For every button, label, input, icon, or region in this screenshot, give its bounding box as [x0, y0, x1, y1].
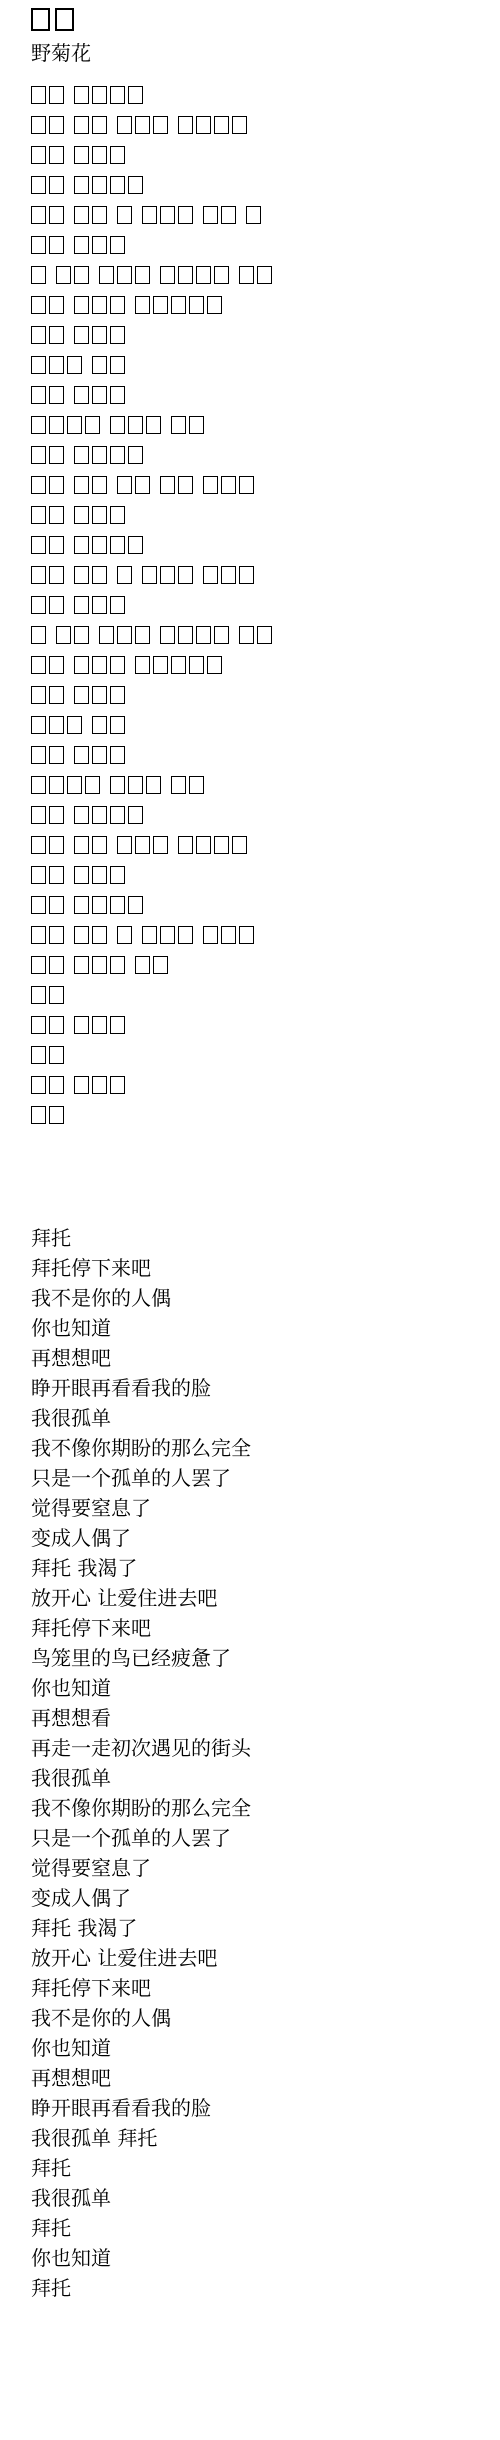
tofu-box [49, 86, 64, 104]
tofu-box [92, 566, 107, 584]
tofu-box [239, 266, 254, 284]
tofu-box [221, 566, 236, 584]
tofu-box [49, 1016, 64, 1034]
chinese-lyric-line: 放开心 让爱住进去吧 [31, 1943, 500, 1973]
tofu-box [31, 176, 46, 194]
tofu-box [110, 446, 125, 464]
tofu-box [128, 536, 143, 554]
tofu-box [49, 326, 64, 344]
tofu-box [31, 806, 46, 824]
tofu-box [49, 446, 64, 464]
tofu-box [128, 86, 143, 104]
tofu-box [203, 566, 218, 584]
tofu-box [49, 956, 64, 974]
tofu-box [117, 626, 132, 644]
korean-lyric-line [31, 560, 500, 590]
tofu-box [110, 386, 125, 404]
tofu-box [49, 776, 64, 794]
tofu-box [49, 866, 64, 884]
tofu-box [31, 206, 46, 224]
tofu-box [160, 206, 175, 224]
tofu-box [74, 236, 89, 254]
chinese-lyric-line: 拜托 我渴了 [31, 1913, 500, 1943]
tofu-box [110, 896, 125, 914]
tofu-box [196, 626, 211, 644]
chinese-lyric-line: 只是一个孤单的人罢了 [31, 1823, 500, 1853]
tofu-box [135, 266, 150, 284]
tofu-box [31, 836, 46, 854]
tofu-box [74, 896, 89, 914]
tofu-box [74, 386, 89, 404]
tofu-box [110, 686, 125, 704]
tofu-box [117, 116, 132, 134]
tofu-box [153, 656, 168, 674]
tofu-box [31, 446, 46, 464]
korean-lyric-line [31, 500, 500, 530]
tofu-box [74, 926, 89, 944]
tofu-box [55, 8, 74, 31]
tofu-box [160, 926, 175, 944]
chinese-lyric-line: 拜托停下来吧 [31, 1253, 500, 1283]
korean-lyric-line [31, 980, 500, 1010]
tofu-box [67, 356, 82, 374]
tofu-box [178, 266, 193, 284]
chinese-lyric-line: 我很孤单 [31, 1763, 500, 1793]
tofu-box [153, 296, 168, 314]
tofu-box [31, 1016, 46, 1034]
tofu-box [110, 776, 125, 794]
tofu-box [110, 416, 125, 434]
tofu-box [74, 326, 89, 344]
chinese-lyric-line: 鸟笼里的鸟已经疲惫了 [31, 1643, 500, 1673]
tofu-box [74, 956, 89, 974]
chinese-lyric-line: 你也知道 [31, 2243, 500, 2273]
tofu-box [31, 866, 46, 884]
chinese-lyric-line: 觉得要窒息了 [31, 1853, 500, 1883]
tofu-box [67, 416, 82, 434]
tofu-box [142, 206, 157, 224]
tofu-box [74, 116, 89, 134]
chinese-lyric-line: 你也知道 [31, 1673, 500, 1703]
korean-lyric-line [31, 950, 500, 980]
tofu-box [56, 626, 71, 644]
tofu-box [92, 176, 107, 194]
tofu-box [178, 836, 193, 854]
tofu-box [74, 296, 89, 314]
tofu-box [117, 926, 132, 944]
tofu-box [153, 836, 168, 854]
tofu-box [146, 416, 161, 434]
korean-lyric-line [31, 590, 500, 620]
tofu-box [92, 746, 107, 764]
tofu-box [99, 626, 114, 644]
tofu-box [117, 566, 132, 584]
tofu-box [92, 146, 107, 164]
tofu-box [49, 536, 64, 554]
tofu-box [160, 476, 175, 494]
tofu-box [135, 626, 150, 644]
tofu-box [92, 686, 107, 704]
tofu-box [92, 446, 107, 464]
chinese-lyric-line: 睁开眼再看看我的脸 [31, 1373, 500, 1403]
tofu-box [117, 266, 132, 284]
chinese-lyric-line: 拜托停下来吧 [31, 1613, 500, 1643]
tofu-box [74, 806, 89, 824]
artist-name: 野菊花 [31, 43, 500, 64]
tofu-box [31, 986, 46, 1004]
tofu-box [74, 656, 89, 674]
tofu-box [31, 956, 46, 974]
tofu-box [49, 296, 64, 314]
tofu-box [31, 596, 46, 614]
korean-lyric-line [31, 470, 500, 500]
tofu-box [110, 1076, 125, 1094]
tofu-box [31, 926, 46, 944]
tofu-box [74, 506, 89, 524]
korean-lyric-line [31, 620, 500, 650]
tofu-box [31, 566, 46, 584]
tofu-box [74, 686, 89, 704]
lyrics-page: 野菊花 拜托拜托停下来吧我不是你的人偶你也知道再想想吧睁开眼再看看我的脸我很孤单… [0, 0, 500, 2303]
tofu-box [49, 386, 64, 404]
tofu-box [110, 146, 125, 164]
tofu-box [31, 266, 46, 284]
tofu-box [110, 506, 125, 524]
tofu-box [196, 116, 211, 134]
tofu-box [110, 656, 125, 674]
tofu-box [153, 116, 168, 134]
tofu-box [92, 596, 107, 614]
chinese-lyric-line: 再想想看 [31, 1703, 500, 1733]
tofu-box [99, 266, 114, 284]
korean-lyric-line [31, 1040, 500, 1070]
tofu-box [74, 206, 89, 224]
tofu-box [49, 206, 64, 224]
tofu-box [135, 296, 150, 314]
tofu-box [31, 326, 46, 344]
tofu-box [31, 116, 46, 134]
tofu-box [214, 626, 229, 644]
tofu-box [74, 566, 89, 584]
tofu-box [31, 386, 46, 404]
korean-lyric-line [31, 890, 500, 920]
chinese-lyric-line: 放开心 让爱住进去吧 [31, 1583, 500, 1613]
tofu-box [49, 656, 64, 674]
tofu-box [31, 1046, 46, 1064]
tofu-box [92, 1016, 107, 1034]
tofu-box [117, 836, 132, 854]
tofu-box [128, 416, 143, 434]
tofu-box [232, 836, 247, 854]
chinese-lyric-line: 你也知道 [31, 1313, 500, 1343]
chinese-lyric-line: 我很孤单 [31, 1403, 500, 1433]
tofu-box [31, 296, 46, 314]
chinese-lyric-line: 拜托 [31, 1223, 500, 1253]
tofu-box [214, 836, 229, 854]
tofu-box [49, 716, 64, 734]
korean-lyric-line [31, 1070, 500, 1100]
tofu-box [74, 146, 89, 164]
tofu-box [49, 566, 64, 584]
korean-lyric-line [31, 290, 500, 320]
tofu-box [49, 686, 64, 704]
tofu-box [110, 86, 125, 104]
tofu-box [49, 116, 64, 134]
tofu-box [110, 716, 125, 734]
korean-lyric-line [31, 1100, 500, 1130]
tofu-box [31, 8, 50, 31]
korean-lyric-line [31, 200, 500, 230]
tofu-box [31, 416, 46, 434]
tofu-box [178, 626, 193, 644]
tofu-box [74, 476, 89, 494]
chinese-lyric-line: 拜托 我渴了 [31, 1553, 500, 1583]
chinese-lyric-line: 只是一个孤单的人罢了 [31, 1463, 500, 1493]
tofu-box [135, 476, 150, 494]
tofu-box [135, 956, 150, 974]
chinese-lyric-line: 你也知道 [31, 2033, 500, 2063]
tofu-box [56, 266, 71, 284]
tofu-box [74, 266, 89, 284]
chinese-lyric-line: 拜托 [31, 2153, 500, 2183]
tofu-box [239, 476, 254, 494]
tofu-box [49, 236, 64, 254]
tofu-box [31, 146, 46, 164]
tofu-box [207, 656, 222, 674]
tofu-box [49, 476, 64, 494]
tofu-box [110, 746, 125, 764]
tofu-box [31, 776, 46, 794]
korean-lyric-line [31, 380, 500, 410]
chinese-lyric-line: 拜托停下来吧 [31, 1973, 500, 2003]
tofu-box [135, 836, 150, 854]
tofu-box [110, 356, 125, 374]
tofu-box [189, 296, 204, 314]
tofu-box [49, 896, 64, 914]
chinese-lyric-line: 我很孤单 [31, 2183, 500, 2213]
tofu-box [92, 86, 107, 104]
tofu-box [92, 296, 107, 314]
korean-lyric-line [31, 170, 500, 200]
tofu-box [31, 626, 46, 644]
tofu-box [92, 956, 107, 974]
tofu-box [160, 266, 175, 284]
korean-lyric-line [31, 800, 500, 830]
tofu-box [49, 1076, 64, 1094]
tofu-box [171, 416, 186, 434]
tofu-box [92, 716, 107, 734]
tofu-box [178, 476, 193, 494]
chinese-lyric-line: 觉得要窒息了 [31, 1493, 500, 1523]
tofu-box [142, 566, 157, 584]
tofu-box [49, 416, 64, 434]
korean-lyric-line [31, 830, 500, 860]
tofu-box [146, 776, 161, 794]
tofu-box [49, 356, 64, 374]
chinese-lyric-line: 我不是你的人偶 [31, 2003, 500, 2033]
tofu-box [110, 806, 125, 824]
tofu-box [110, 536, 125, 554]
tofu-box [74, 1076, 89, 1094]
tofu-box [67, 776, 82, 794]
korean-lyric-line [31, 350, 500, 380]
tofu-box [31, 86, 46, 104]
tofu-box [49, 1046, 64, 1064]
tofu-box [74, 536, 89, 554]
chinese-lyric-line: 变成人偶了 [31, 1523, 500, 1553]
tofu-box [31, 896, 46, 914]
tofu-box [189, 776, 204, 794]
chinese-lyric-line: 我不是你的人偶 [31, 1283, 500, 1313]
tofu-box [31, 356, 46, 374]
korean-lyrics-section [31, 80, 500, 1130]
tofu-box [74, 86, 89, 104]
tofu-box [189, 656, 204, 674]
tofu-box [178, 116, 193, 134]
tofu-box [128, 176, 143, 194]
chinese-lyric-line: 我不像你期盼的那么完全 [31, 1793, 500, 1823]
tofu-box [74, 176, 89, 194]
chinese-lyric-line: 我不像你期盼的那么完全 [31, 1433, 500, 1463]
tofu-box [196, 266, 211, 284]
korean-lyric-line [31, 770, 500, 800]
tofu-box [110, 956, 125, 974]
tofu-box [49, 176, 64, 194]
tofu-box [214, 266, 229, 284]
tofu-box [135, 116, 150, 134]
tofu-box [178, 926, 193, 944]
tofu-box [160, 626, 175, 644]
tofu-box [221, 926, 236, 944]
tofu-box [74, 596, 89, 614]
tofu-box [74, 1016, 89, 1034]
tofu-box [117, 476, 132, 494]
tofu-box [196, 836, 211, 854]
chinese-lyric-line: 再想想吧 [31, 2063, 500, 2093]
tofu-box [203, 206, 218, 224]
tofu-box [128, 776, 143, 794]
tofu-box [110, 866, 125, 884]
tofu-box [189, 416, 204, 434]
korean-lyric-line [31, 920, 500, 950]
korean-lyric-line [31, 530, 500, 560]
tofu-box [214, 116, 229, 134]
tofu-box [203, 926, 218, 944]
tofu-box [31, 1076, 46, 1094]
tofu-box [171, 656, 186, 674]
tofu-box [49, 596, 64, 614]
tofu-box [85, 776, 100, 794]
tofu-box [142, 926, 157, 944]
tofu-box [92, 926, 107, 944]
tofu-box [85, 416, 100, 434]
korean-lyric-line [31, 740, 500, 770]
tofu-box [239, 566, 254, 584]
tofu-box [67, 716, 82, 734]
tofu-box [49, 836, 64, 854]
tofu-box [92, 656, 107, 674]
tofu-box [153, 956, 168, 974]
tofu-box [49, 746, 64, 764]
chinese-lyric-line: 再走一走初次遇见的街头 [31, 1733, 500, 1763]
chinese-lyrics-section: 拜托拜托停下来吧我不是你的人偶你也知道再想想吧睁开眼再看看我的脸我很孤单我不像你… [31, 1223, 500, 2303]
tofu-box [135, 656, 150, 674]
tofu-box [74, 446, 89, 464]
tofu-box [92, 836, 107, 854]
tofu-box [31, 686, 46, 704]
tofu-box [92, 236, 107, 254]
tofu-box [178, 566, 193, 584]
tofu-box [49, 986, 64, 1004]
tofu-box [257, 626, 272, 644]
tofu-box [110, 1016, 125, 1034]
tofu-box [207, 296, 222, 314]
korean-lyric-line [31, 410, 500, 440]
tofu-box [49, 806, 64, 824]
song-title [31, 8, 500, 32]
tofu-box [128, 896, 143, 914]
tofu-box [110, 326, 125, 344]
tofu-box [31, 536, 46, 554]
korean-lyric-line [31, 1010, 500, 1040]
korean-lyric-line [31, 260, 500, 290]
korean-lyric-line [31, 230, 500, 260]
tofu-box [31, 716, 46, 734]
korean-lyric-line [31, 860, 500, 890]
tofu-box [239, 926, 254, 944]
tofu-box [31, 506, 46, 524]
chinese-lyric-line: 变成人偶了 [31, 1883, 500, 1913]
tofu-box [110, 236, 125, 254]
tofu-box [49, 506, 64, 524]
tofu-box [49, 926, 64, 944]
tofu-box [92, 356, 107, 374]
chinese-lyric-line: 拜托 [31, 2213, 500, 2243]
chinese-lyric-line: 睁开眼再看看我的脸 [31, 2093, 500, 2123]
tofu-box [74, 626, 89, 644]
chinese-lyric-line: 拜托 [31, 2273, 500, 2303]
korean-lyric-line [31, 320, 500, 350]
chinese-lyric-line: 再想想吧 [31, 1343, 500, 1373]
tofu-box [92, 866, 107, 884]
tofu-box [49, 146, 64, 164]
tofu-box [92, 536, 107, 554]
tofu-box [31, 656, 46, 674]
tofu-box [74, 746, 89, 764]
tofu-box [92, 206, 107, 224]
tofu-box [239, 626, 254, 644]
tofu-box [92, 476, 107, 494]
tofu-box [92, 386, 107, 404]
tofu-box [31, 236, 46, 254]
korean-lyric-line [31, 650, 500, 680]
korean-lyric-line [31, 680, 500, 710]
tofu-box [31, 476, 46, 494]
tofu-box [171, 776, 186, 794]
tofu-box [92, 1076, 107, 1094]
tofu-box [128, 806, 143, 824]
tofu-box [74, 836, 89, 854]
tofu-box [92, 326, 107, 344]
tofu-box [110, 176, 125, 194]
tofu-box [203, 476, 218, 494]
korean-lyric-line [31, 440, 500, 470]
tofu-box [232, 116, 247, 134]
korean-lyric-line [31, 140, 500, 170]
tofu-box [171, 296, 186, 314]
korean-lyric-line [31, 710, 500, 740]
tofu-box [128, 446, 143, 464]
